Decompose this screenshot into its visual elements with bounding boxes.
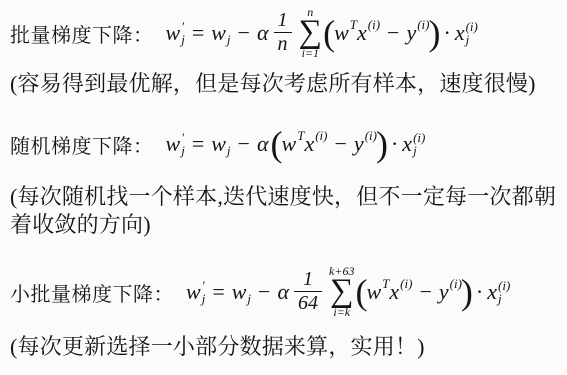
var-x: x — [357, 20, 367, 46]
sub-j: j — [498, 292, 502, 305]
w-prime-j: w ′ j — [166, 131, 185, 157]
fraction-numerator: 1 — [299, 268, 317, 291]
formula-minibatch: w ′ j = w j − α 1 64 k+63 ∑ i=k ( w T x — [186, 265, 510, 318]
var-w: w — [186, 279, 201, 305]
sub-j: j — [181, 144, 185, 157]
sub-j: j — [227, 32, 231, 48]
section-stochastic-comment: (每次随机找一个样本,迭代速度快，但不一定每一次都朝着收敛的方向) — [10, 183, 562, 239]
sup-i: (i) — [315, 128, 327, 144]
minus-sign: − — [387, 20, 399, 46]
equals-sign: = — [192, 131, 204, 157]
sub-j: j — [181, 33, 185, 46]
w-transpose: w T — [282, 131, 305, 157]
fraction-1-over-n: 1 n — [274, 9, 292, 56]
sum-lower-limit: i=1 — [302, 47, 319, 60]
section-minibatch-row: 小批量梯度下降： w ′ j = w j − α 1 64 k+63 ∑ i=k… — [10, 249, 510, 335]
sup-sub-stack: (i) j — [466, 20, 478, 46]
sum-lower-limit: i=k — [333, 306, 350, 319]
sub-j: j — [227, 143, 231, 159]
var-x: x — [389, 279, 399, 305]
var-w: w — [334, 20, 349, 46]
section-stochastic-row: 随机梯度下降： w ′ j = w j − α ( w T x (i) − y … — [10, 119, 425, 169]
var-w: w — [366, 279, 381, 305]
w-prime-j: w ′ j — [186, 279, 205, 305]
section-minibatch-comment: (每次更新选择一小部分数据来算，实用！) — [10, 333, 425, 361]
fraction-numerator: 1 — [274, 9, 292, 32]
sup-sub-stack: (i) j — [498, 279, 510, 305]
alpha-symbol: α — [257, 20, 269, 46]
minus-sign: − — [258, 279, 270, 305]
x-j-i: x (i) j — [487, 279, 510, 305]
x-i: x (i) — [389, 279, 412, 305]
fraction-denominator: 64 — [294, 291, 322, 315]
y-i: y (i) — [354, 131, 377, 157]
sigma-symbol: ∑ — [299, 19, 323, 46]
minus-sign: − — [335, 131, 347, 157]
fraction-1-over-64: 1 64 — [294, 268, 322, 315]
summation: n ∑ i=1 — [299, 6, 323, 59]
summation: k+63 ∑ i=k — [329, 265, 354, 318]
var-w: w — [166, 131, 181, 157]
alpha-symbol: α — [277, 279, 289, 305]
multiply-dot: · — [391, 131, 398, 157]
sigma-symbol: ∑ — [330, 278, 354, 305]
w-j: w j — [211, 20, 230, 46]
prime-sub-stack: ′ j — [181, 20, 185, 46]
var-w: w — [211, 20, 226, 46]
w-transpose: w T — [334, 20, 357, 46]
slide: { "colors": { "background": "#fbfbfb", "… — [0, 0, 567, 375]
w-j: w j — [211, 131, 230, 157]
sup-i: (i) — [368, 17, 380, 33]
sub-j: j — [202, 292, 206, 305]
var-x: x — [402, 131, 412, 157]
section-batch-row: 批量梯度下降： w ′ j = w j − α 1 n n ∑ i=1 ( w … — [10, 2, 478, 64]
sup-T: T — [382, 276, 389, 292]
w-j: w j — [232, 279, 251, 305]
minus-sign: − — [238, 20, 250, 46]
prime-sub-stack: ′ j — [202, 279, 206, 305]
y-i: y (i) — [406, 20, 429, 46]
var-y: y — [354, 131, 364, 157]
section-batch-comment: (容易得到最优解，但是每次考虑所有样本，速度很慢) — [10, 70, 536, 98]
minus-sign: − — [238, 131, 250, 157]
var-w: w — [232, 279, 247, 305]
minus-sign: − — [419, 279, 431, 305]
alpha-symbol: α — [257, 131, 269, 157]
y-i: y (i) — [439, 279, 462, 305]
var-x: x — [487, 279, 497, 305]
section-stochastic-label: 随机梯度下降： — [10, 130, 154, 159]
multiply-dot: · — [476, 279, 483, 305]
var-y: y — [439, 279, 449, 305]
sub-j: j — [247, 291, 251, 307]
var-x: x — [304, 131, 314, 157]
sub-j: j — [413, 144, 417, 157]
var-w: w — [166, 20, 181, 46]
w-transpose: w T — [366, 279, 389, 305]
x-j-i: x (i) j — [402, 131, 425, 157]
prime-sub-stack: ′ j — [181, 131, 185, 157]
var-x: x — [455, 20, 465, 46]
section-minibatch-label: 小批量梯度下降： — [10, 278, 174, 307]
sup-sub-stack: (i) j — [413, 131, 425, 157]
sup-i: (i) — [400, 276, 412, 292]
equals-sign: = — [212, 279, 224, 305]
x-j-i: x (i) j — [455, 20, 478, 46]
var-y: y — [406, 20, 416, 46]
equals-sign: = — [192, 20, 204, 46]
x-i: x (i) — [357, 20, 380, 46]
sub-j: j — [466, 33, 470, 46]
var-w: w — [211, 131, 226, 157]
var-w: w — [282, 131, 297, 157]
w-prime-j: w ′ j — [166, 20, 185, 46]
formula-stochastic: w ′ j = w j − α ( w T x (i) − y (i) ) · — [166, 131, 426, 157]
sup-T: T — [350, 17, 357, 33]
sup-T: T — [297, 128, 304, 144]
x-i: x (i) — [304, 131, 327, 157]
fraction-denominator: n — [274, 32, 292, 56]
formula-batch: w ′ j = w j − α 1 n n ∑ i=1 ( w T x (i — [166, 6, 478, 59]
section-batch-label: 批量梯度下降： — [10, 19, 154, 48]
multiply-dot: · — [444, 20, 451, 46]
